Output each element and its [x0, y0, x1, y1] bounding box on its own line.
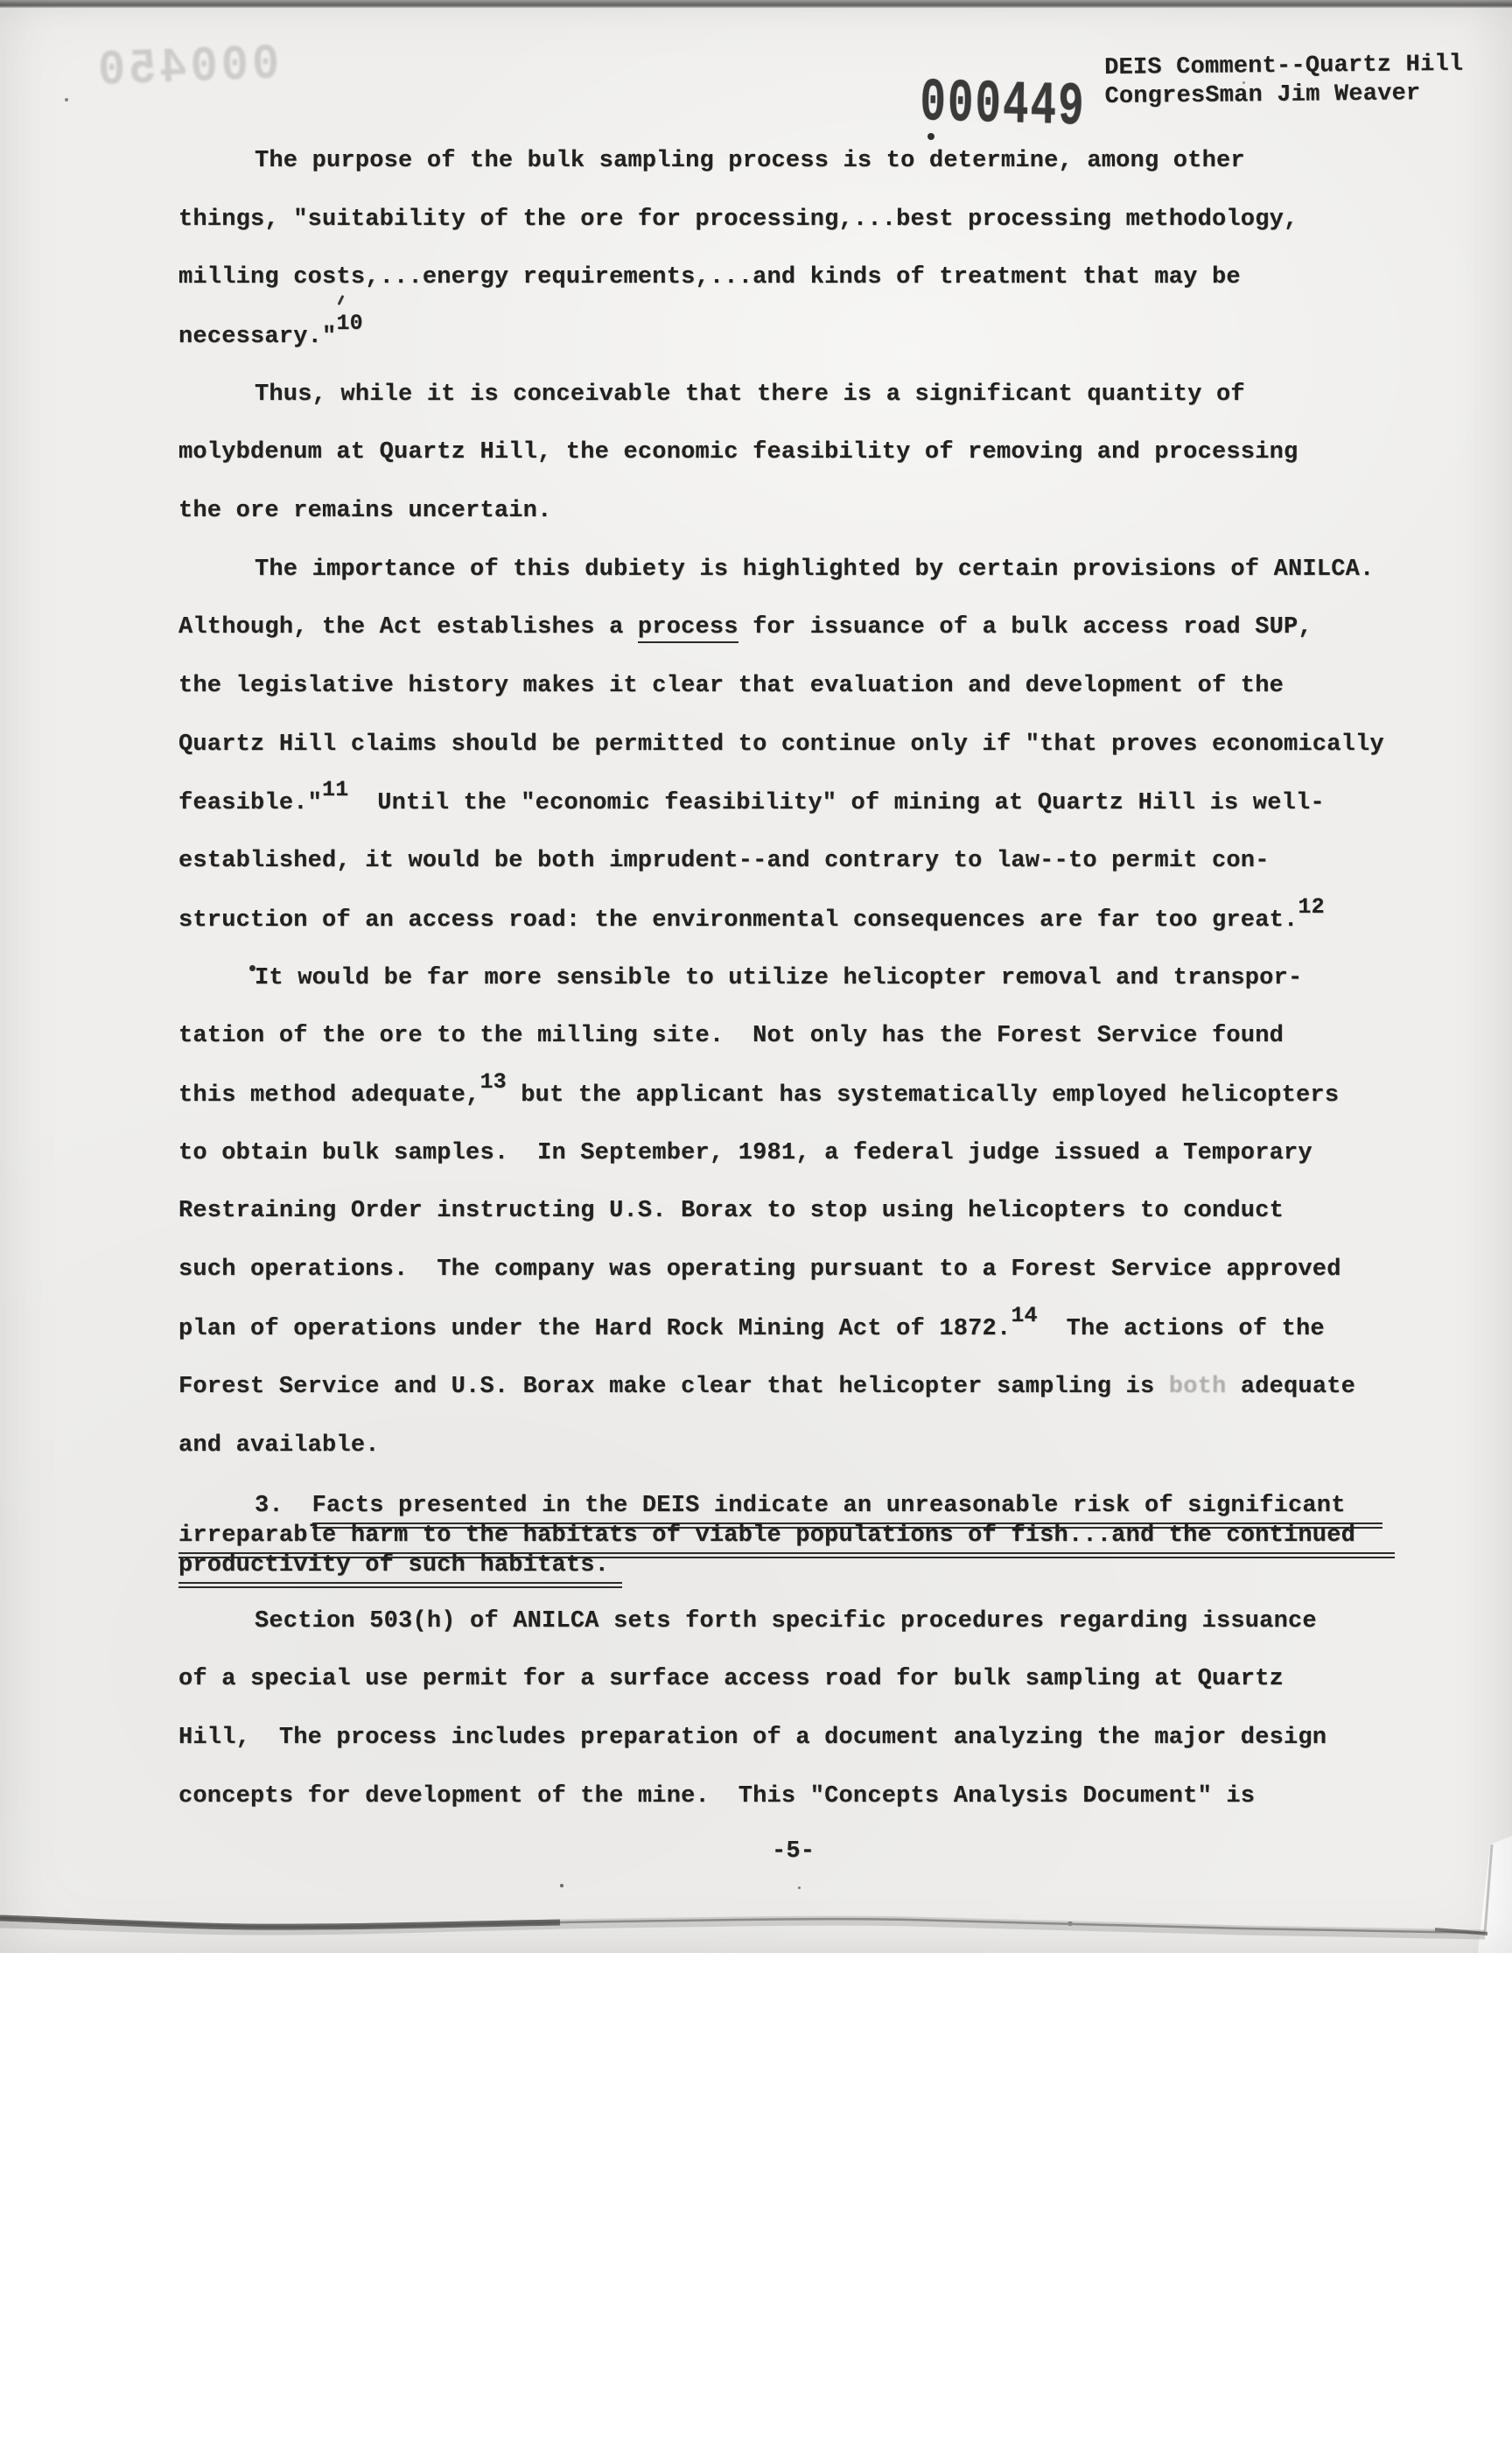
ink-speck	[927, 133, 934, 140]
text-segment: plan of operations under the Hard Rock M…	[178, 1316, 1011, 1342]
stray-mark	[338, 295, 345, 305]
typed-line: things, "suitability of the ore for proc…	[178, 206, 1298, 234]
typed-line: such operations. The company was operati…	[178, 1256, 1341, 1284]
typed-line: the ore remains uncertain.	[178, 497, 551, 526]
typed-line: this method adequate,13 but the applican…	[178, 1081, 1339, 1110]
ink-speck	[1242, 81, 1245, 84]
document-subject: DEIS Comment--Quartz Hill	[1104, 51, 1463, 83]
typed-line: necessary."10	[178, 322, 363, 352]
footnote-superscript: 12	[1298, 894, 1324, 920]
text-segment: adequate	[1226, 1374, 1355, 1400]
typed-line: The purpose of the bulk sampling process…	[255, 147, 1245, 176]
typed-line: struction of an access road: the environ…	[178, 906, 1325, 935]
typed-line: molybdenum at Quartz Hill, the economic …	[178, 438, 1298, 467]
text-segment: Until the "economic feasibility" of mini…	[348, 790, 1324, 816]
text-segment: Facts presented in the DEIS indicate an …	[312, 1492, 1382, 1524]
scanned-page: 000450 000449 DEIS Comment--Quartz Hill …	[0, 0, 1512, 1953]
text-segment: struction of an access road: the environ…	[178, 907, 1298, 934]
section-heading-line: irreparable harm to the habitats of viab…	[178, 1522, 1395, 1554]
footnote-superscript: 14	[1011, 1303, 1037, 1328]
text-segment: for issuance of a bulk access road SUP,	[738, 614, 1312, 640]
ink-speck	[65, 98, 68, 101]
stamp-number: 000449	[920, 73, 1086, 139]
ink-speck	[249, 965, 255, 971]
typed-line: It would be far more sensible to utilize…	[255, 964, 1302, 993]
typed-line: and available.	[178, 1431, 380, 1460]
typed-line: Forest Service and U.S. Borax make clear…	[178, 1373, 1355, 1402]
typed-line: Hill, The process includes preparation o…	[178, 1724, 1326, 1753]
scanned-document-screenshot: { "colors": { "paper": "#efeeec", "ink":…	[0, 0, 1512, 2450]
document-author: CongresSman Jim Weaver	[1104, 80, 1463, 112]
typed-line: The importance of this dubiety is highli…	[255, 556, 1374, 584]
footnote-superscript: 10	[336, 311, 362, 336]
footnote-superscript: 13	[479, 1069, 506, 1095]
typed-line: established, it would be both imprudent-…	[178, 847, 1270, 876]
torn-edge	[0, 1820, 1512, 1995]
text-segment: both	[1169, 1374, 1227, 1400]
text-segment: Forest Service and U.S. Borax make clear…	[178, 1374, 1169, 1400]
text-segment: process	[638, 614, 738, 643]
typed-line: tation of the ore to the milling site. N…	[178, 1022, 1284, 1051]
typed-line: Although, the Act establishes a process …	[178, 613, 1312, 642]
typed-line: plan of operations under the Hard Rock M…	[178, 1314, 1325, 1344]
typed-line: Quartz Hill claims should be permitted t…	[178, 731, 1384, 759]
text-segment: 3.	[255, 1493, 312, 1519]
typed-line: Restraining Order instructing U.S. Borax…	[178, 1197, 1284, 1226]
text-segment: The actions of the	[1038, 1316, 1325, 1342]
typed-line: Thus, while it is conceivable that there…	[255, 381, 1245, 409]
bleed-through-stamp: 000450	[94, 38, 280, 98]
document-header: DEIS Comment--Quartz Hill CongresSman Ji…	[1104, 51, 1464, 112]
text-segment: productivity of such habitats.	[178, 1551, 622, 1584]
typed-line: milling costs,...energy requirements,...…	[178, 263, 1241, 292]
footnote-superscript: 11	[322, 777, 348, 802]
typed-line: feasible."11 Until the "economic feasibi…	[178, 788, 1325, 818]
typed-line: to obtain bulk samples. In September, 19…	[178, 1139, 1312, 1168]
text-segment: but the applicant has systematically emp…	[507, 1082, 1339, 1109]
text-segment: this method adequate,	[178, 1082, 479, 1109]
typed-line: Section 503(h) of ANILCA sets forth spec…	[255, 1607, 1317, 1636]
typed-line: concepts for development of the mine. Th…	[178, 1782, 1255, 1811]
text-segment: Although, the Act establishes a	[178, 614, 638, 640]
text-segment: necessary."	[178, 324, 336, 350]
text-segment: feasible."	[178, 790, 322, 816]
text-segment: irreparable harm to the habitats of viab…	[178, 1522, 1395, 1554]
section-heading-line: productivity of such habitats.	[178, 1551, 622, 1584]
section-heading-line: 3. Facts presented in the DEIS indicate …	[255, 1492, 1382, 1524]
typed-line: the legislative history makes it clear t…	[178, 672, 1284, 701]
scan-top-edge	[0, 0, 1512, 8]
typed-line: of a special use permit for a surface ac…	[178, 1665, 1284, 1694]
